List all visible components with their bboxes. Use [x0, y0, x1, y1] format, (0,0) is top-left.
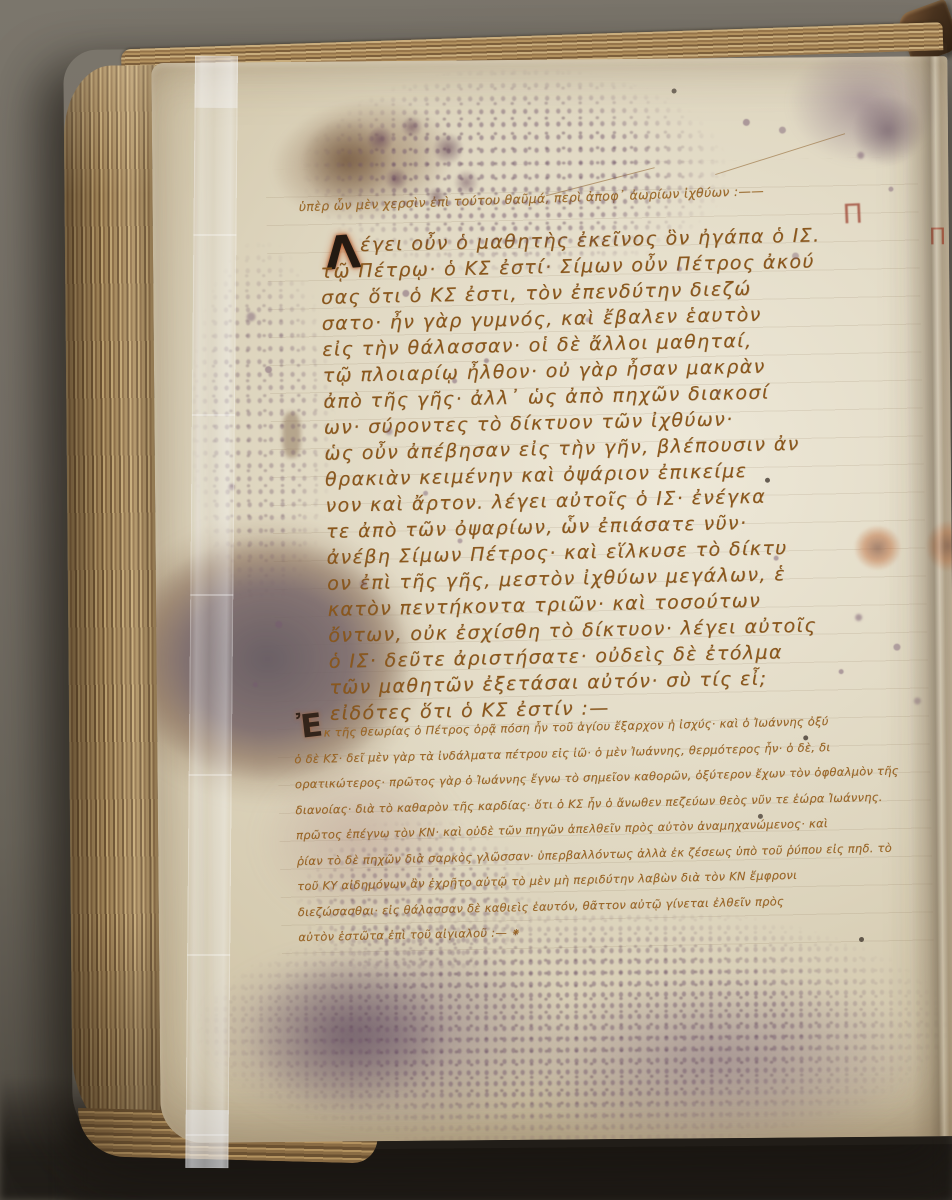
mold-dots-scatter	[151, 63, 156, 68]
page-edges-fore	[63, 65, 166, 1148]
parchment-page: ὑπὲρ ὧν μὲν χερσὶν ἐπὶ τούτου θαῦμά, περ…	[151, 56, 952, 1143]
gospel-text-block: έγει οὖν ὁ μαθητὴς ἐκεῖνος ὃν ἠγάπα ὁ ΙΣ…	[320, 224, 870, 729]
photo-scene: ὑπὲρ ὧν μὲν χερσὶν ἐπὶ τούτου θαῦμά, περ…	[0, 0, 952, 1200]
margin-rubric-pi: Π	[842, 199, 864, 231]
mold-spots-topleft	[356, 108, 497, 227]
mold-speckle-bottom	[193, 898, 952, 1143]
gutter-fold	[903, 56, 952, 1136]
